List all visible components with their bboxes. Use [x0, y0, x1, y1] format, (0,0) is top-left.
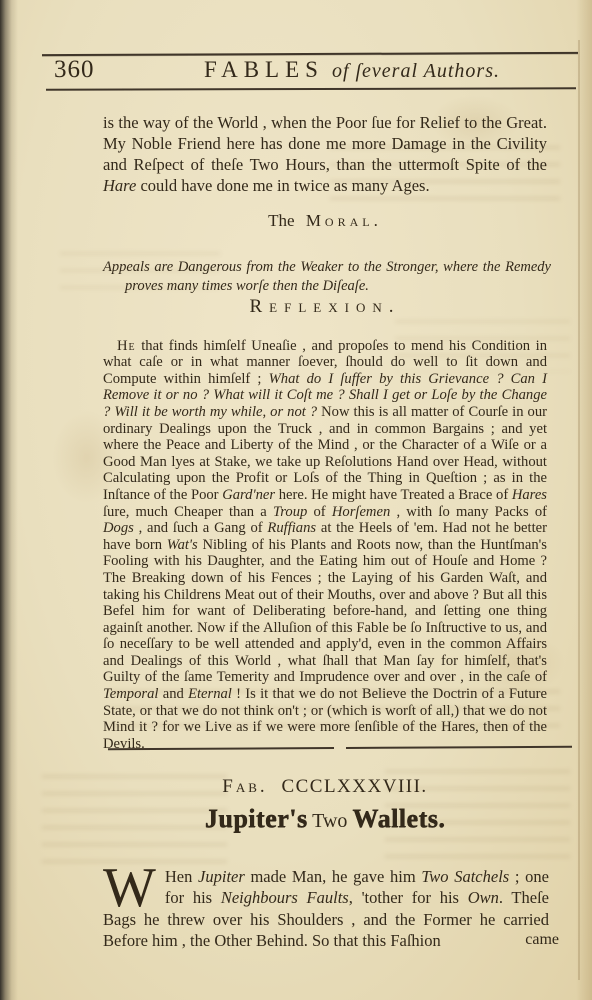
- text-run: ſure, much Cheaper than a: [103, 504, 273, 520]
- gutter-shadow: [0, 0, 18, 1000]
- page-number: 360: [54, 56, 95, 84]
- fable-number-roman: CCCLXXXVIII.: [281, 776, 427, 797]
- text-run: Neighbours Faults: [221, 888, 349, 907]
- text-run: He: [117, 338, 136, 354]
- text-run: Gard'ner: [222, 487, 275, 503]
- moral-heading-pre: The: [268, 211, 294, 230]
- text-run: Own: [468, 888, 499, 907]
- page-edge-line: [578, 40, 580, 980]
- text-run: could have done me in twice as many Ages…: [136, 176, 429, 195]
- text-run: Ruffians: [267, 520, 316, 536]
- text-run: , with ſo many Packs of: [390, 504, 547, 520]
- text-run: Hares: [512, 487, 547, 503]
- drop-cap: W: [103, 866, 165, 908]
- text-run: here. He might have Treated a Brace of: [275, 487, 512, 503]
- header-rule-top: [42, 52, 578, 56]
- reflexion-heading: Reflexion.: [103, 296, 547, 318]
- running-title: FABLES of ſeveral Authors.: [140, 57, 564, 83]
- book-page-scan: 360 FABLES of ſeveral Authors. is the wa…: [0, 0, 592, 1000]
- running-title-main: FABLES: [204, 57, 324, 82]
- text-run: of: [307, 504, 332, 520]
- text-run: Nibling of his Plants and Roots now, tha…: [103, 537, 547, 686]
- text-run: Jupiter: [198, 867, 245, 886]
- fable-title: Jupiter's Two Wallets.: [103, 804, 547, 834]
- text-run: Troup: [273, 504, 307, 520]
- moral-heading-word: Moral.: [306, 211, 382, 230]
- moral-text: Appeals are Dangerous from the Weaker to…: [103, 258, 551, 296]
- intro-paragraph: is the way of the World , when the Poor …: [103, 112, 547, 196]
- text-run: Appeals are Dangerous from the Weaker to…: [103, 259, 551, 294]
- text-run: Horſemen: [332, 504, 390, 520]
- reflexion-paragraph: He that finds himſelf Uneaſie , and prop…: [103, 338, 547, 753]
- text-run: Wat's: [167, 537, 198, 553]
- text-run: Hare: [103, 176, 136, 195]
- text-run: Eternal: [188, 686, 232, 702]
- text-run: , and ſuch a Gang of: [134, 520, 268, 536]
- text-run: made Man, he gave him: [245, 867, 422, 886]
- text-run: Jupiter's: [205, 804, 308, 833]
- text-run: Temporal: [103, 686, 158, 702]
- text-run: , 'tother for his: [349, 888, 468, 907]
- header-rule-bottom: [46, 87, 576, 90]
- fable-paragraph-text: Hen Jupiter made Man, he gave him Two Sa…: [103, 867, 549, 951]
- moral-heading: The Moral.: [103, 211, 547, 231]
- fable-number-heading: Fab. CCCLXXXVIII.: [103, 776, 547, 798]
- catchword: came: [525, 931, 559, 949]
- text-run: Hen: [165, 867, 198, 886]
- text-run: Two: [307, 810, 352, 832]
- fable-paragraph: WHen Jupiter made Man, he gave him Two S…: [103, 866, 549, 952]
- text-run: Dogs: [103, 520, 134, 536]
- text-run: Two Satchels: [421, 867, 509, 886]
- running-title-subtitle: of ſeveral Authors.: [332, 60, 500, 82]
- text-run: and: [158, 686, 188, 702]
- text-run: Wallets.: [352, 804, 445, 833]
- fable-number-label: Fab.: [222, 776, 267, 797]
- text-run: is the way of the World , when the Poor …: [103, 113, 547, 174]
